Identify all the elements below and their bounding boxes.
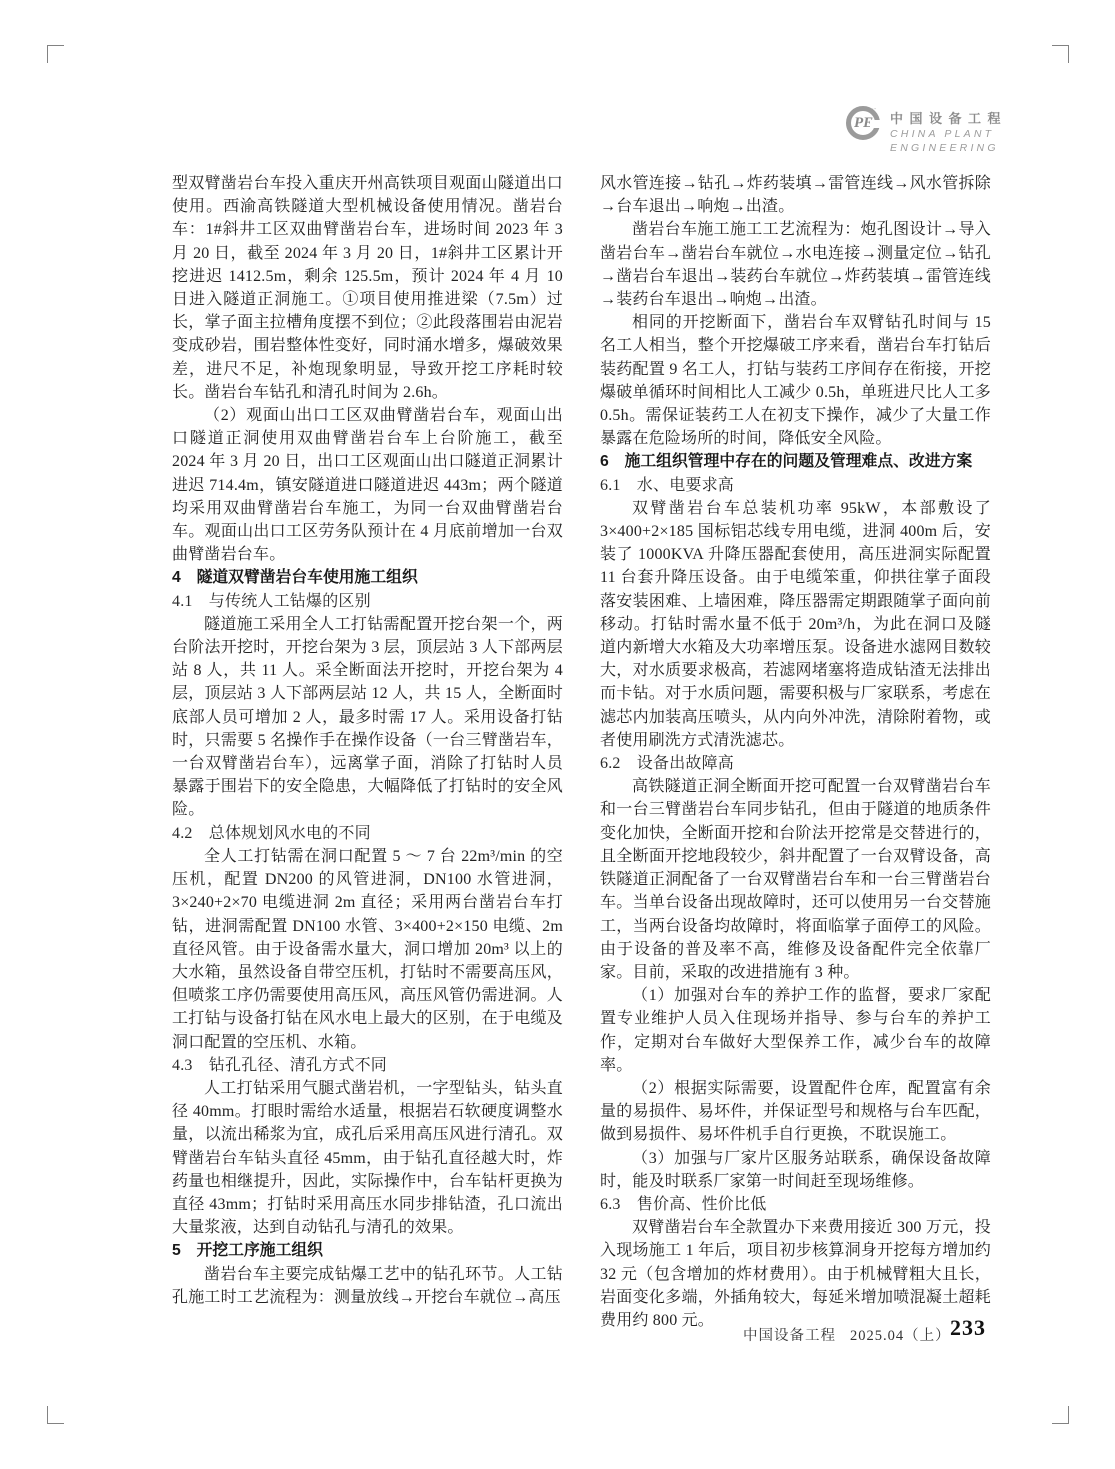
section-heading-5: 5 开挖工序施工组织 (172, 1239, 563, 1262)
column-right: 风水管连接→钻孔→炸药装填→雷管连线→风水管拆除→台车退出→响炮→出渣。 凿岩台… (600, 172, 991, 1332)
page-number: 233 (950, 1315, 986, 1341)
paragraph: （2）观面山出口工区双曲臂凿岩台车，观面山出口隧道正洞使用双曲臂凿岩台车上台阶施… (172, 404, 563, 566)
cpe-logo-icon: PE ¨¨ (846, 106, 880, 140)
paragraph: （2）根据实际需要，设置配件仓库，配置富有余量的易损件、易坏件，并保证型号和规格… (600, 1077, 991, 1147)
paragraph: （1）加强对台车的养护工作的监督，要求厂家配置专业维护人员入住现场并指导、参与台… (600, 984, 991, 1077)
logo-cn-title: 中国设备工程 (890, 108, 1007, 127)
paragraph: 凿岩台车施工施工工艺流程为：炮孔图设计→导入凿岩台车→凿岩台车就位→水电连接→测… (600, 218, 991, 311)
logo-en-line1: CHINA PLANT (890, 128, 1007, 141)
paragraph-continuation: 型双臂凿岩台车投入重庆开州高铁项目观面山隧道出口使用。西渝高铁隧道大型机械设备使… (172, 172, 563, 404)
paragraph: （3）加强与厂家片区服务站联系，确保设备故障时，能及时联系厂家第一时间赶至现场维… (600, 1147, 991, 1193)
paragraph: 凿岩台车主要完成钻爆工艺中的钻孔环节。人工钻孔施工时工艺流程为：测量放线→开挖台… (172, 1263, 563, 1309)
paragraph: 全人工打钻需在洞口配置 5 ～ 7 台 22m³/min 的空压机，配置 DN2… (172, 845, 563, 1054)
paragraph: 高铁隧道正洞全断面开挖可配置一台双臂凿岩台车和一台三臂凿岩台车同步钻孔，但由于隧… (600, 775, 991, 984)
subsection-heading-6-1: 6.1 水、电要求高 (600, 474, 991, 497)
section-heading-4: 4 隧道双臂凿岩台车使用施工组织 (172, 566, 563, 589)
crop-mark-top-right (1052, 45, 1069, 63)
crop-mark-bottom-right (1052, 1406, 1069, 1424)
subsection-heading-4-1: 4.1 与传统人工钻爆的区别 (172, 590, 563, 613)
column-left: 型双臂凿岩台车投入重庆开州高铁项目观面山隧道出口使用。西渝高铁隧道大型机械设备使… (172, 172, 563, 1309)
section-heading-6: 6 施工组织管理中存在的问题及管理难点、改进方案 (600, 450, 991, 473)
journal-page: PE ¨¨ 中国设备工程 CHINA PLANT ENGINEERING 型双臂… (0, 0, 1115, 1469)
subsection-heading-4-3: 4.3 钻孔孔径、清孔方式不同 (172, 1054, 563, 1077)
logo-en-line2: ENGINEERING (890, 142, 1007, 155)
footer: 中国设备工程2025.04（上） (743, 1324, 951, 1345)
paragraph: 相同的开挖断面下，凿岩台车双臂钻孔时间与 15 名工人相当，整个开挖爆破工序来看… (600, 311, 991, 450)
cpe-monogram: PE (854, 115, 873, 132)
paragraph: 人工打钻采用气腿式凿岩机，一字型钻头，钻头直径 40mm。打眼时需给水适量，根据… (172, 1077, 563, 1239)
crop-mark-bottom-left (47, 1406, 64, 1424)
subsection-heading-6-2: 6.2 设备出故障高 (600, 752, 991, 775)
subsection-heading-4-2: 4.2 总体规划风水电的不同 (172, 822, 563, 845)
journal-logo: PE ¨¨ 中国设备工程 CHINA PLANT ENGINEERING (846, 106, 1007, 155)
paragraph-continuation: 风水管连接→钻孔→炸药装填→雷管连线→风水管拆除→台车退出→响炮→出渣。 (600, 172, 991, 218)
footer-issue: 2025.04（上） (850, 1328, 951, 1344)
crop-mark-top-left (47, 45, 64, 63)
logo-text: 中国设备工程 CHINA PLANT ENGINEERING (890, 106, 1007, 155)
logo-dots-icon: ¨¨ (870, 107, 877, 115)
paragraph: 双臂凿岩台车总装机功率 95kW，本部敷设了 3×400+2×185 国标铝芯线… (600, 497, 991, 752)
paragraph: 双臂凿岩台车全款置办下来费用接近 300 万元，投入现场施工 1 年后，项目初步… (600, 1216, 991, 1332)
footer-journal-name: 中国设备工程 (743, 1328, 836, 1344)
paragraph: 隧道施工采用全人工打钻需配置开挖台架一个，两台阶法开挖时，开挖台架为 3 层，顶… (172, 613, 563, 822)
subsection-heading-6-3: 6.3 售价高、性价比低 (600, 1193, 991, 1216)
